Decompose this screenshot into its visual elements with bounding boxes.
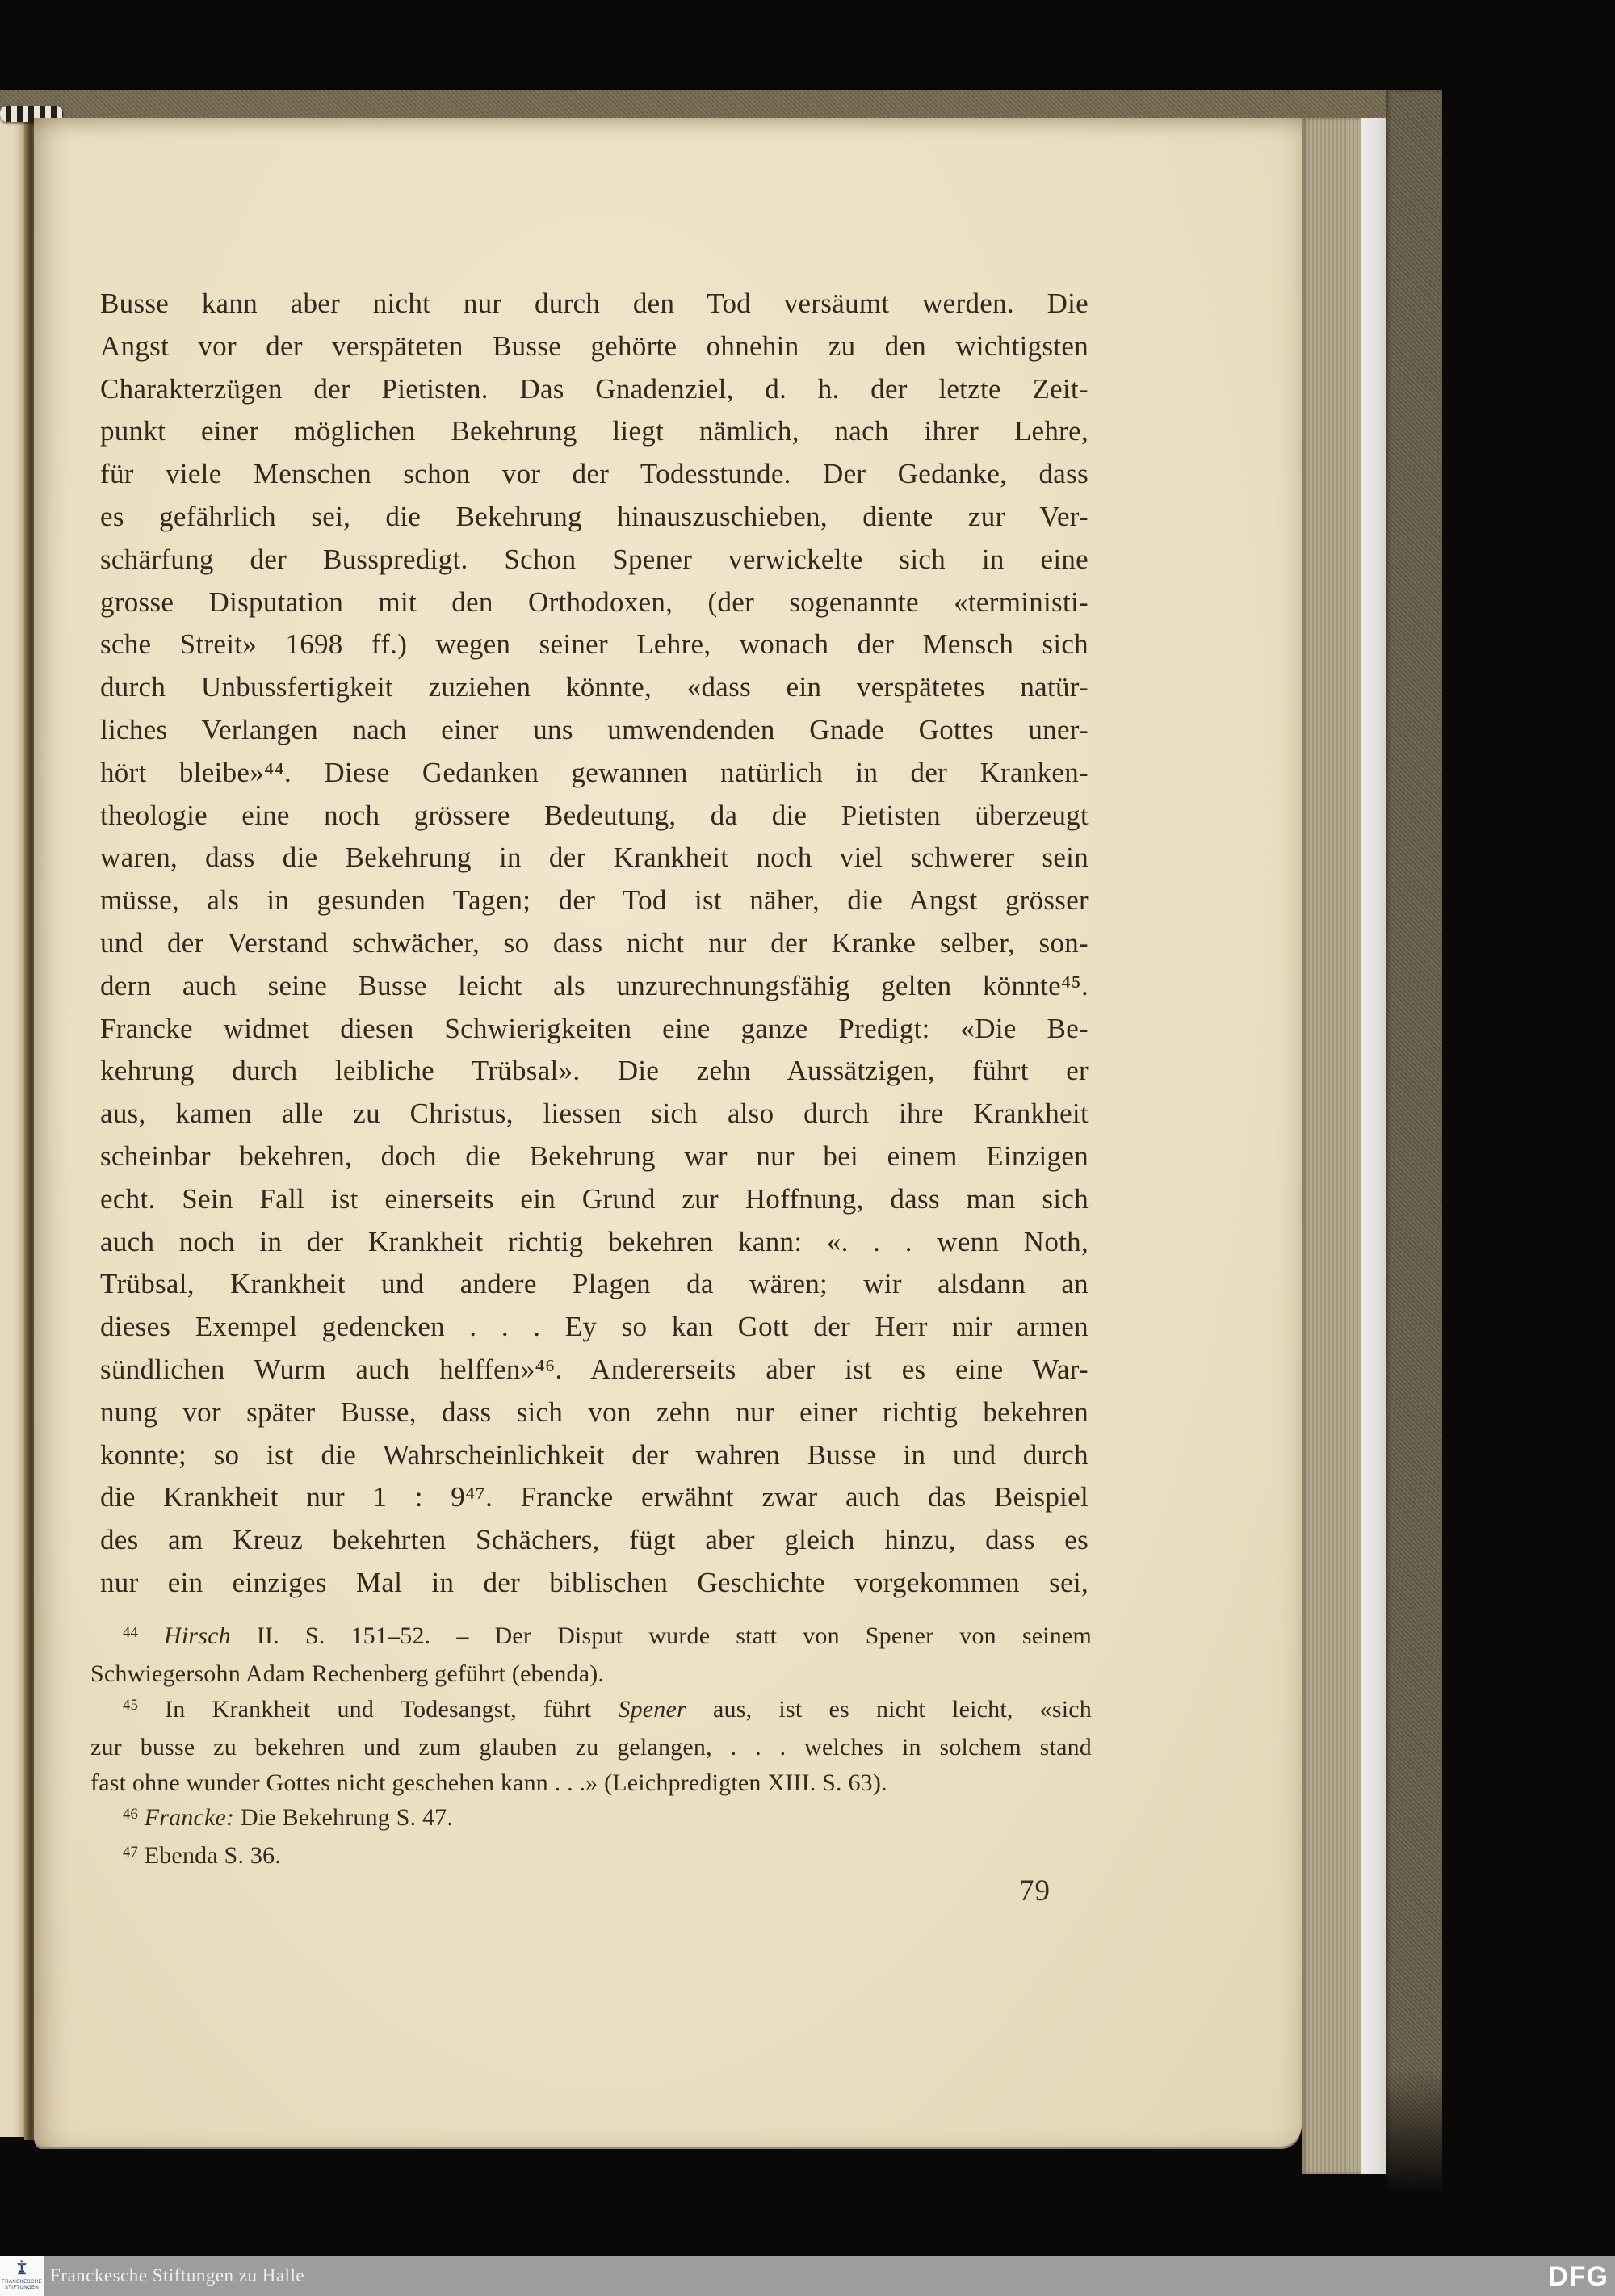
text-line: durch Unbussfertigkeit zuziehen könnte, … [100, 666, 1089, 709]
left-page-edge [0, 118, 24, 2137]
body-text-block: Busse kann aber nicht nur durch den Tod … [100, 283, 1089, 1605]
text-line: dieses Exempel gedencken . . . Ey so kan… [100, 1306, 1089, 1349]
franckesche-stiftungen-icon [13, 2260, 31, 2280]
page-block-fore-edge [1302, 118, 1361, 2174]
institution-logo-box: FRANCKESCHE STIFTUNGEN [0, 2256, 44, 2296]
page-number: 79 [1019, 1874, 1051, 1908]
dfg-logo: DFG [1548, 2261, 1609, 2293]
text-line: des am Kreuz bekehrten Schächers, fügt a… [100, 1519, 1089, 1562]
text-line: auch noch in der Krankheit richtig bekeh… [100, 1221, 1089, 1264]
text-line: es gefährlich sei, die Bekehrung hinausz… [100, 496, 1089, 539]
text-line: aus, kamen alle zu Christus, liessen sic… [100, 1093, 1089, 1135]
book-cover-top-edge [0, 90, 1442, 118]
text-line: waren, dass die Bekehrung in der Krankhe… [100, 837, 1089, 879]
footnote-line: 45 In Krankheit und Todesangst, führt Sp… [90, 1692, 1092, 1730]
text-line: Angst vor der verspäteten Busse gehörte … [100, 325, 1089, 368]
text-line: Busse kann aber nicht nur durch den Tod … [100, 283, 1089, 325]
text-line: sche Streit» 1698 ff.) wegen seiner Lehr… [100, 623, 1089, 666]
text-line: grosse Disputation mit den Orthodoxen, (… [100, 581, 1089, 624]
text-line: liches Verlangen nach einer uns umwenden… [100, 709, 1089, 752]
footnote-line: 47 Ebenda S. 36. [90, 1838, 1092, 1876]
text-line: dern auch seine Busse leicht als unzurec… [100, 965, 1089, 1008]
text-line: und der Verstand schwächer, so dass nich… [100, 922, 1089, 965]
footnote-line: 44 Hirsch II. S. 151–52. – Der Disput wu… [90, 1618, 1092, 1656]
text-line: theologie eine noch grössere Bedeutung, … [100, 795, 1089, 837]
book-cover-right-edge [1386, 90, 1442, 2195]
text-line: scheinbar bekehren, doch die Bekehrung w… [100, 1135, 1089, 1178]
book-page: Busse kann aber nicht nur durch den Tod … [34, 118, 1302, 2147]
text-line: nung vor später Busse, dass sich von zeh… [100, 1391, 1089, 1434]
footnote-line: zur busse zu bekehren und zum glauben zu… [90, 1730, 1092, 1765]
text-line: Trübsal, Krankheit und andere Plagen da … [100, 1263, 1089, 1306]
text-line: für viele Menschen schon vor der Todesst… [100, 453, 1089, 496]
text-line: Francke widmet diesen Schwierigkeiten ei… [100, 1008, 1089, 1051]
footnote-line: 46 Francke: Die Bekehrung S. 47. [90, 1800, 1092, 1838]
logo-text-line1: FRANCKESCHE [2, 2280, 42, 2286]
scanned-book-photo: Busse kann aber nicht nur durch den Tod … [0, 0, 1615, 2296]
footnote-line: fast ohne wunder Gottes nicht geschehen … [90, 1765, 1092, 1800]
institution-name: Franckesche Stiftungen zu Halle [50, 2256, 304, 2296]
footnotes-block: 44 Hirsch II. S. 151–52. – Der Disput wu… [90, 1618, 1092, 1877]
text-line: Charakterzügen der Pietisten. Das Gnaden… [100, 368, 1089, 411]
endpaper-edge [1361, 118, 1386, 2174]
text-line: kehrung durch leibliche Trübsal». Die ze… [100, 1050, 1089, 1093]
text-line: müsse, als in gesunden Tagen; der Tod is… [100, 879, 1089, 922]
text-line: nur ein einziges Mal in der biblischen G… [100, 1562, 1089, 1605]
text-line: schärfung der Busspredigt. Schon Spener … [100, 539, 1089, 581]
text-line: sündlichen Wurm auch helffen»⁴⁶. Anderer… [100, 1349, 1089, 1391]
logo-text-line2: STIFTUNGEN [5, 2286, 39, 2291]
text-line: punkt einer möglichen Bekehrung liegt nä… [100, 410, 1089, 453]
text-line: die Krankheit nur 1 : 9⁴⁷. Francke erwäh… [100, 1476, 1089, 1519]
text-line: hört bleibe»⁴⁴. Diese Gedanken gewannen … [100, 752, 1089, 795]
viewer-footer-bar: FRANCKESCHE STIFTUNGEN Franckesche Stift… [0, 2256, 1615, 2296]
text-line: echt. Sein Fall ist einerseits ein Grund… [100, 1178, 1089, 1221]
footnote-line: Schwiegersohn Adam Rechenberg geführt (e… [90, 1656, 1092, 1691]
text-line: konnte; so ist die Wahrscheinlichkeit de… [100, 1434, 1089, 1477]
